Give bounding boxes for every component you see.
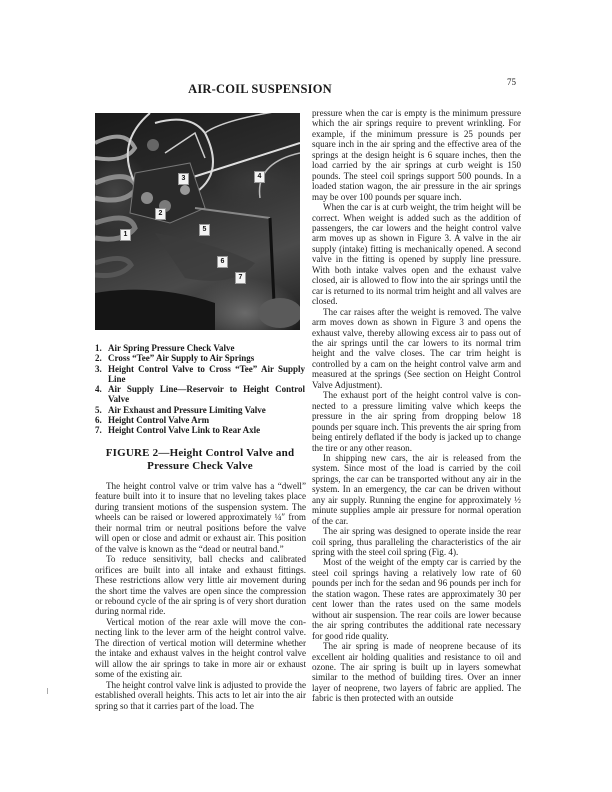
legend-item: 4.Air Supply Line—Reservoir to Height Co… [95, 384, 305, 405]
legend-item: 6.Height Control Valve Arm [95, 415, 305, 425]
callout-2: 2 [155, 208, 166, 220]
body-paragraph: The car raises after the weight is remov… [312, 307, 521, 391]
page-number: 75 [507, 77, 516, 87]
figure-caption-line-2: Pressure Check Valve [95, 460, 305, 473]
callout-5: 5 [199, 224, 210, 236]
body-paragraph: Most of the weight of the empty car is c… [312, 557, 521, 641]
body-paragraph: The height control valve link is adjuste… [95, 680, 306, 711]
callout-1: 1 [120, 229, 131, 241]
body-paragraph: The exhaust port of the height control v… [312, 390, 521, 453]
figure-photo [95, 113, 300, 330]
figure-legend: 1.Air Spring Pressure Check Valve 2.Cros… [95, 343, 305, 436]
body-paragraph: The height control valve or trim valve h… [95, 481, 306, 554]
figure-caption-line-1: FIGURE 2—Height Control Valve and [95, 447, 305, 460]
legend-item: 1.Air Spring Pressure Check Valve [95, 343, 305, 353]
legend-item: 7.Height Control Valve Link to Rear Axle [95, 425, 305, 435]
body-paragraph: The air spring is made of neoprene becau… [312, 641, 521, 704]
running-title: AIR-COIL SUSPENSION [90, 82, 430, 97]
legend-item: 3.Height Control Valve to Cross “Tee” Ai… [95, 364, 305, 385]
callout-7: 7 [235, 272, 246, 284]
legend-item: 5.Air Exhaust and Pressure Limiting Valv… [95, 405, 305, 415]
callout-3: 3 [178, 173, 189, 185]
callout-6: 6 [217, 256, 228, 268]
body-paragraph: To reduce sensitivity, ball checks and c… [95, 554, 306, 617]
right-column: pressure when the car is empty is the mi… [312, 108, 521, 704]
continued-paragraph: pressure when the car is empty is the mi… [312, 108, 521, 202]
figure-caption: FIGURE 2—Height Control Valve and Pressu… [95, 447, 305, 473]
body-paragraph: The air spring was designed to operate i… [312, 526, 521, 557]
margin-mark [47, 688, 48, 694]
legend-item: 2.Cross “Tee” Air Supply to Air Springs [95, 353, 305, 363]
callout-4: 4 [254, 171, 265, 183]
body-paragraph: In shipping new cars, the air is release… [312, 453, 521, 526]
body-paragraph: Vertical motion of the rear axle will mo… [95, 617, 306, 680]
body-paragraph: When the car is at curb weight, the trim… [312, 202, 521, 307]
left-column: The height control valve or trim valve h… [95, 481, 306, 711]
valve-assembly-illustration [95, 113, 300, 330]
